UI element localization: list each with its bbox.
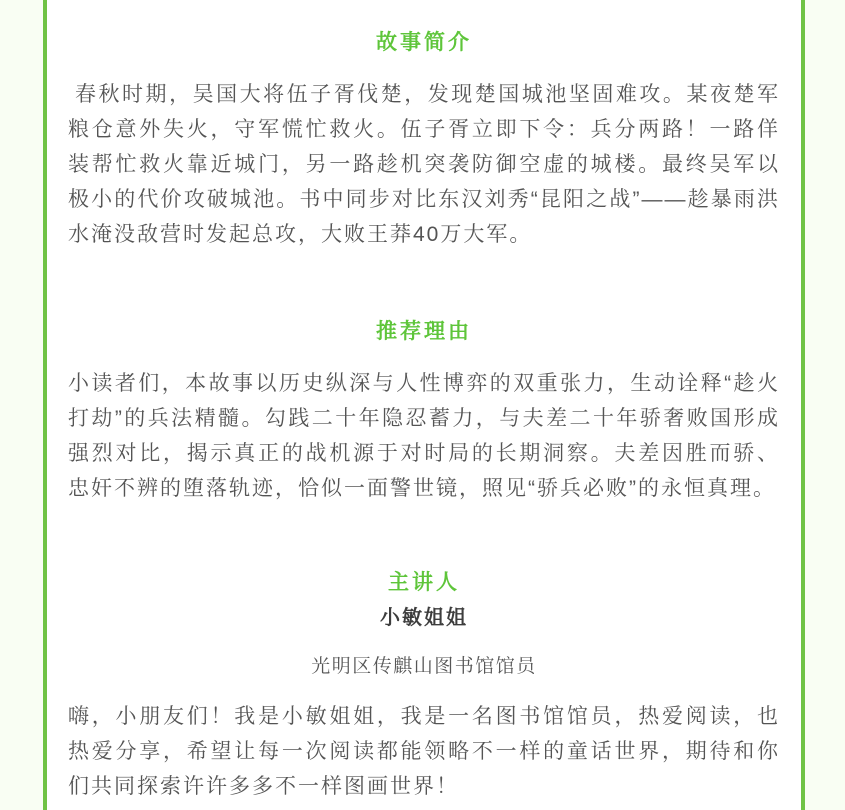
speaker-title: 光明区传麒山图书馆馆员 <box>68 656 780 678</box>
speaker-name: 小敏姐姐 <box>68 607 780 630</box>
speaker-heading: 主讲人 <box>68 572 780 594</box>
recommendation-heading: 推荐理由 <box>68 321 780 343</box>
article-content-column: 故事简介 春秋时期，吴国大将伍子胥伐楚，发现楚国城池坚固难攻。某夜楚军粮仓意外失… <box>43 0 805 810</box>
speaker-intro-paragraph: 嗨，小朋友们！我是小敏姐姐，我是一名图书馆馆员，热爱阅读，也热爱分享，希望让每一… <box>68 699 780 804</box>
story-intro-heading: 故事简介 <box>68 32 780 54</box>
section-story-intro: 故事简介 春秋时期，吴国大将伍子胥伐楚，发现楚国城池坚固难攻。某夜楚军粮仓意外失… <box>68 32 780 252</box>
story-intro-paragraph: 春秋时期，吴国大将伍子胥伐楚，发现楚国城池坚固难攻。某夜楚军粮仓意外失火，守军慌… <box>68 77 780 252</box>
section-recommendation: 推荐理由 小读者们，本故事以历史纵深与人性博弈的双重张力，生动诠释“趁火打劫”的… <box>68 321 780 506</box>
section-speaker: 主讲人 小敏姐姐 光明区传麒山图书馆馆员 嗨，小朋友们！我是小敏姐姐，我是一名图… <box>68 572 780 804</box>
recommendation-paragraph: 小读者们，本故事以历史纵深与人性博弈的双重张力，生动诠释“趁火打劫”的兵法精髓。… <box>68 366 780 506</box>
